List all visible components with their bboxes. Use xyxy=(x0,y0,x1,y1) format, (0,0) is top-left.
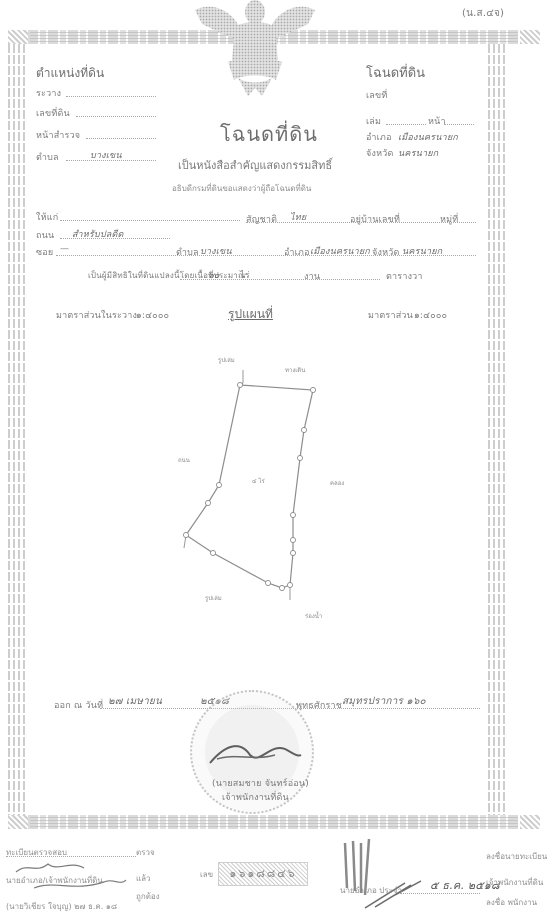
footer-right-signature xyxy=(335,833,425,913)
footer-right-name: นายอำเภอ ประจำ xyxy=(340,884,402,897)
svg-text:รูปเล่ม: รูปเล่ม xyxy=(218,357,235,364)
svg-text:ถนน: ถนน xyxy=(178,457,190,464)
issued-at-label: ออก ณ วันที่ xyxy=(54,698,103,712)
underline xyxy=(400,893,480,894)
svg-text:รูปเล่ม: รูปเล่ม xyxy=(205,595,222,602)
serial-label: เลข xyxy=(200,868,213,881)
footer-left-side-label-1: ตรวจ xyxy=(136,846,155,859)
svg-text:ทางเดิน: ทางเดิน xyxy=(285,367,305,374)
footer-left-note-2: นายอำเภอ/เจ้าพนักงานที่ดิน xyxy=(6,874,103,887)
footer-left-side-label-3: ถูกต้อง xyxy=(136,890,160,903)
svg-text:คลอง: คลอง xyxy=(330,480,344,487)
underline xyxy=(6,856,136,857)
issued-date: ๒๗ เมษายน xyxy=(108,694,162,709)
svg-text:๔ ไร่: ๔ ไร่ xyxy=(252,477,265,485)
issued-by-value: สมุทรปราการ ๑๖๐ xyxy=(342,694,426,709)
official-signature xyxy=(205,735,305,770)
serial-number-stamp: ๑๖๑๘๘๔๖ xyxy=(218,862,308,886)
footer-right-label-1: ลงชื่อนายทะเบียน xyxy=(486,850,547,863)
official-position: เจ้าพนักงานที่ดิน xyxy=(222,790,289,804)
issued-by-label: พุทธศักราช xyxy=(296,698,342,712)
footer-left-note-3: (นายวิเชียร ใจบุญ) ๒๗ ธ.ค. ๑๘ xyxy=(6,900,117,913)
svg-text:ร่องน้ำ: ร่องน้ำ xyxy=(305,610,322,620)
footer-right-label-3: ลงชื่อ พนักงาน xyxy=(486,896,537,909)
footer-right-label-2: เจ้าพนักงานที่ดิน xyxy=(486,876,543,889)
footer-left-side-label-2: แล้ว xyxy=(136,872,151,885)
official-name: (นายสมชาย จันทร์อ่อน) xyxy=(212,776,309,790)
